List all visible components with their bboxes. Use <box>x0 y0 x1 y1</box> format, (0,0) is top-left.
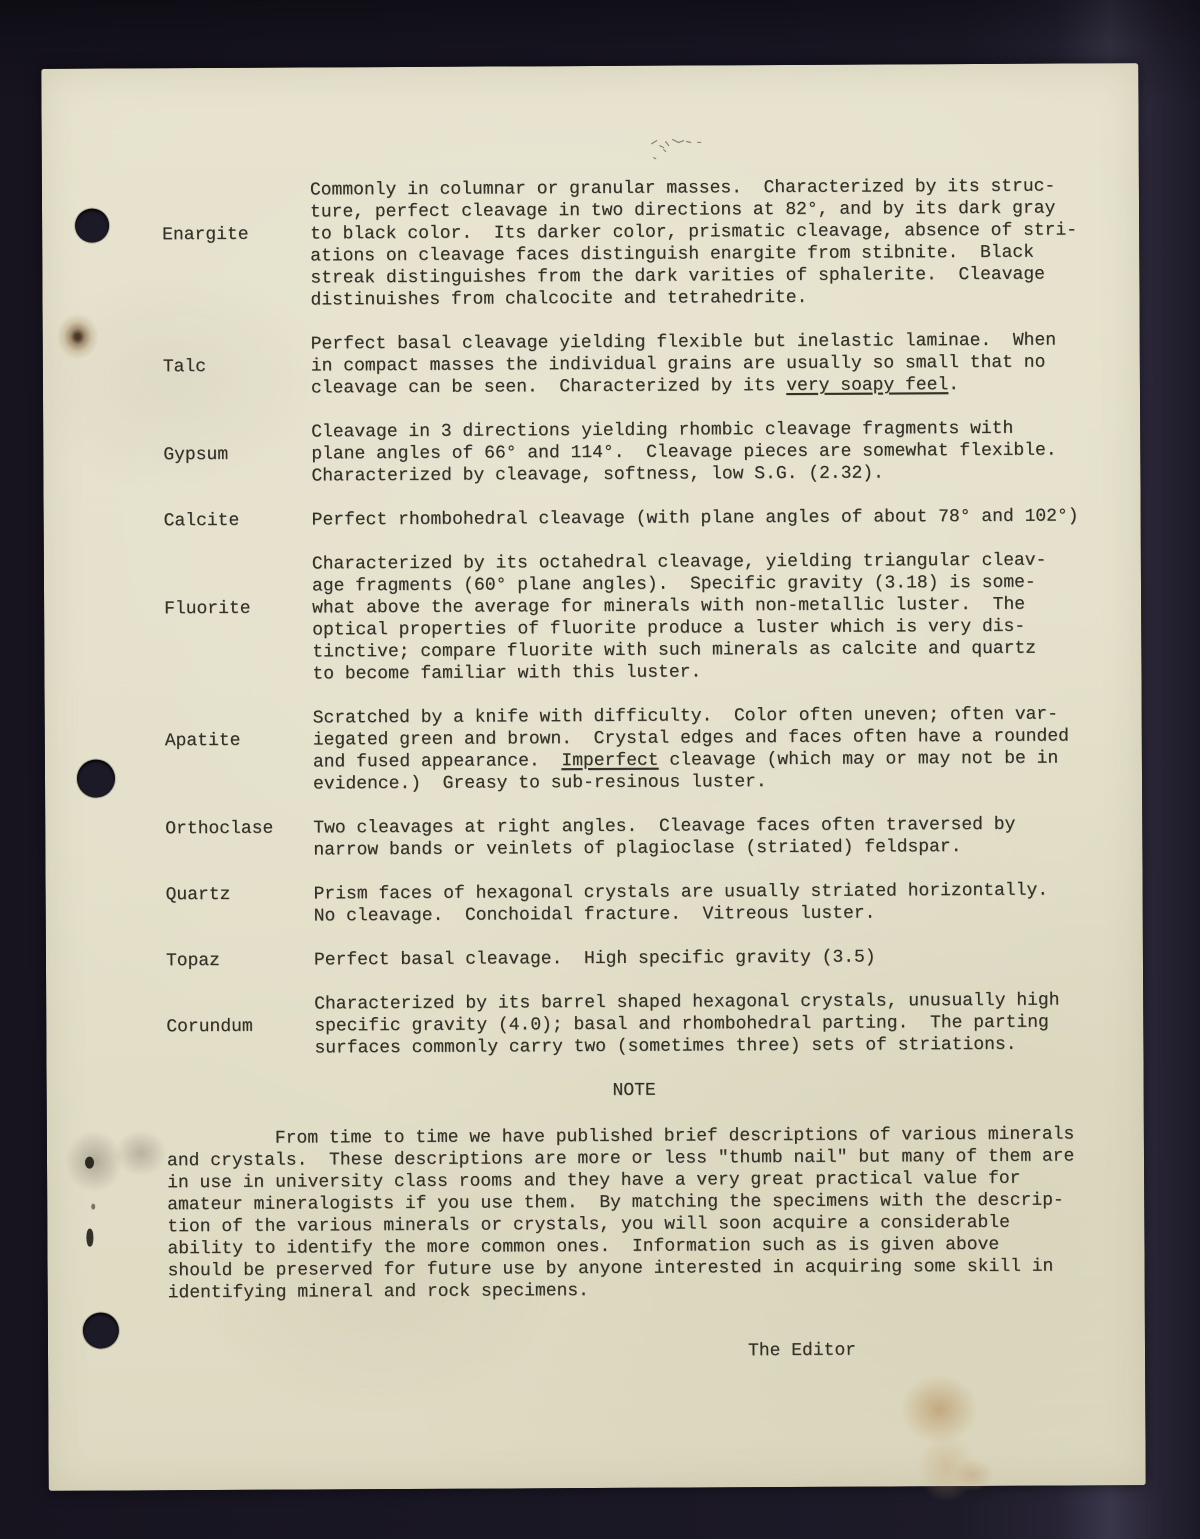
entry-corundum: CorundumCharacterized by its barrel shap… <box>166 989 1101 1060</box>
stain <box>85 1157 94 1169</box>
entry-quartz: QuartzPrism faces of hexagonal crystals … <box>166 879 1101 928</box>
stain <box>65 1130 123 1192</box>
text-line: No cleavage. Conchoidal fracture. Vitreo… <box>314 901 1101 927</box>
text-line: in compact masses the individual grains … <box>311 351 1098 377</box>
text-line: and fused appearance. Imperfect cleavage… <box>313 747 1100 773</box>
entry-topaz: TopazPerfect basal cleavage. High specif… <box>166 945 1101 972</box>
text-line: streak distinguishes from the dark varit… <box>310 263 1097 289</box>
mineral-name: Topaz <box>166 950 220 972</box>
stain <box>916 1432 976 1502</box>
stain <box>115 1130 167 1176</box>
stain <box>57 314 99 360</box>
text-line: cleavage can be seen. Characterized by i… <box>311 373 1098 399</box>
entry-talc: TalcPerfect basal cleavage yielding flex… <box>163 329 1098 400</box>
entry-orthoclase: OrthoclaseTwo cleavages at right angles.… <box>165 813 1100 862</box>
editor-signature: The Editor <box>168 1338 1103 1365</box>
text-line: Prism faces of hexagonal crystals are us… <box>314 879 1101 905</box>
mineral-name: Gypsum <box>163 444 228 466</box>
text-line: evidence.) Greasy to sub-resinous luster… <box>313 769 1100 795</box>
text-line: to become familiar with this luster. <box>312 659 1099 685</box>
text-line: Perfect basal cleavage. High specific gr… <box>314 945 1101 971</box>
stain <box>900 1374 978 1444</box>
stain <box>91 1204 95 1210</box>
entry-enargite: EnargiteCommonly in columnar or granular… <box>162 175 1098 312</box>
text-line: surfaces commonly carry two (sometimes t… <box>314 1033 1101 1059</box>
document-page: EnargiteCommonly in columnar or granular… <box>41 63 1145 1491</box>
mineral-name: Apatite <box>165 730 241 752</box>
entry-calcite: CalcitePerfect rhombohedral cleavage (wi… <box>164 505 1099 532</box>
mineral-name: Orthoclase <box>165 818 273 841</box>
mineral-name: Fluorite <box>164 598 251 620</box>
scanned-page-background: EnargiteCommonly in columnar or granular… <box>0 0 1200 1539</box>
text-line: narrow bands or veinlets of plagioclase … <box>313 835 1100 861</box>
mineral-descriptions: EnargiteCommonly in columnar or granular… <box>162 175 1102 1060</box>
typewritten-content: EnargiteCommonly in columnar or granular… <box>162 175 1103 1365</box>
text-line: Characterized by cleavage, softness, low… <box>311 461 1098 487</box>
entry-gypsum: GypsumCleavage in 3 directions yielding … <box>163 417 1098 488</box>
stain <box>86 1229 93 1247</box>
pencil-scribble <box>640 127 730 163</box>
note-paragraph: From time to time we have published brie… <box>167 1123 1103 1304</box>
punch-hole-top <box>75 209 109 243</box>
note-heading: NOTE <box>167 1077 1102 1104</box>
entry-fluorite: FluoriteCharacterized by its octahedral … <box>164 549 1100 686</box>
mineral-name: Calcite <box>164 510 240 532</box>
punch-hole-bottom <box>83 1312 119 1348</box>
text-line: distinuishes from chalcocite and tetrahe… <box>310 285 1097 311</box>
text-line: Two cleavages at right angles. Cleavage … <box>313 813 1100 839</box>
text-line: identifying mineral and rock specimens. <box>168 1277 1103 1304</box>
mineral-name: Quartz <box>166 884 231 906</box>
text-line: tinctive; compare fluorite with such min… <box>312 637 1099 663</box>
entry-apatite: ApatiteScratched by a knife with difficu… <box>165 703 1100 796</box>
text-line: plane angles of 66° and 114°. Cleavage p… <box>311 439 1098 465</box>
mineral-name: Talc <box>163 356 206 378</box>
text-line: Perfect rhombohedral cleavage (with plan… <box>312 505 1099 531</box>
mineral-name: Enargite <box>162 224 249 246</box>
stain <box>954 1459 994 1491</box>
punch-hole-middle <box>77 760 115 798</box>
mineral-name: Corundum <box>166 1016 253 1038</box>
